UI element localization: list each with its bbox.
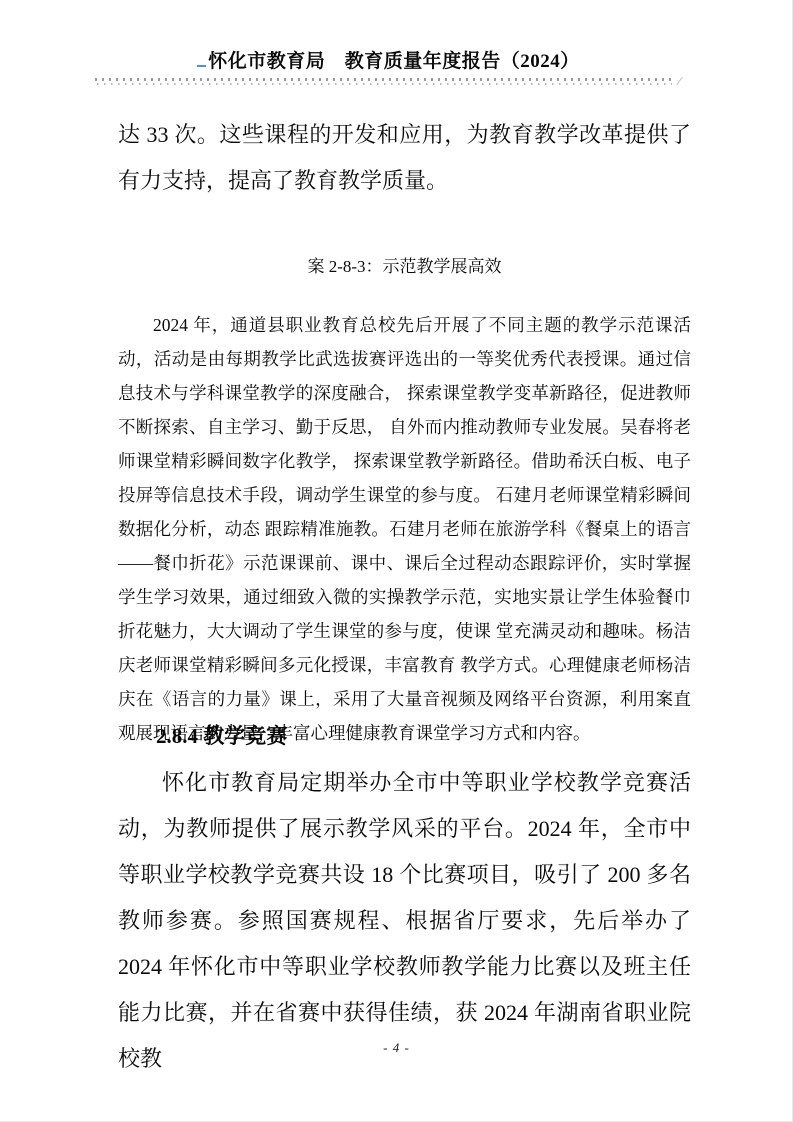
header-dotted-rule — [95, 78, 680, 87]
page-number: - 4 - — [0, 1040, 793, 1056]
page-header: 怀化市教育局 教育质量年度报告（2024） — [96, 46, 681, 73]
case-paragraph: 2024 年，通道县职业教育总校先后开展了不同主题的教学示范课活动，活动是由每期… — [118, 308, 691, 750]
proofing-mark — [197, 65, 206, 67]
document-page: 怀化市教育局 教育质量年度报告（2024） 达 33 次。这些课程的开发和应用，… — [0, 0, 793, 1122]
intro-paragraph: 达 33 次。这些课程的开发和应用，为教育教学改革提供了有力支持，提高了教育教学… — [118, 112, 691, 204]
dotted-rule-top-row — [95, 78, 674, 81]
section-heading-2-8-4: 2.8.4 教学竞赛 — [118, 720, 691, 752]
section-paragraph: 怀化市教育局定期举办全市中等职业学校教学竞赛活动，为教师提供了展示教学风采的平台… — [118, 760, 691, 1082]
case-caption: 案 2-8-3：示范教学展高效 — [118, 254, 691, 280]
dotted-rule-bottom-row — [97, 83, 672, 85]
report-title: 怀化市教育局 教育质量年度报告（2024） — [208, 51, 580, 72]
